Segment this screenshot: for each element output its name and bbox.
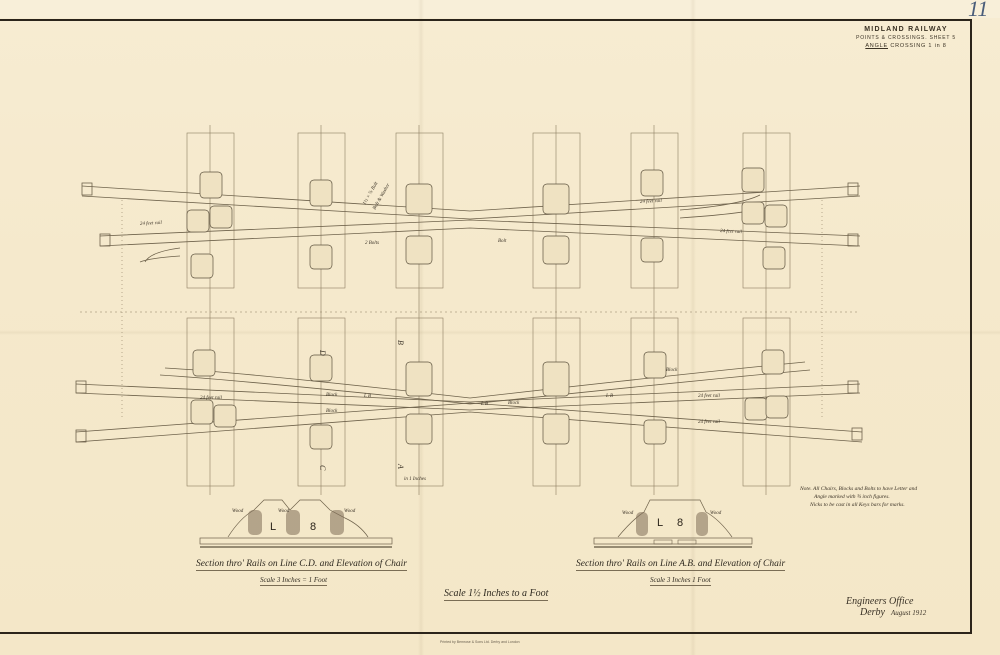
chair-letter: 8 bbox=[310, 521, 316, 533]
section-cd-caption: Section thro' Rails on Line C.D. and Ele… bbox=[196, 559, 407, 569]
block-label: Block bbox=[508, 401, 520, 406]
line-letter: D bbox=[318, 349, 327, 356]
rail-label: 24 feet rail bbox=[200, 396, 223, 401]
wood-label: Wood bbox=[344, 509, 356, 514]
plan-drawing: 24 feet rail 24 feet rail 24 feet rail 1… bbox=[0, 0, 1000, 655]
rail-label: 24 feet rail bbox=[698, 394, 721, 399]
section-cd-scale: Scale 3 Inches = 1 Foot bbox=[260, 576, 327, 584]
office-signature: Engineers Office DerbyAugust 1912 bbox=[846, 596, 926, 618]
drawing-sheet: 11 MIDLAND RAILWAY POINTS & CROSSINGS. S… bbox=[0, 0, 1000, 655]
section-ab-scale: Scale 3 Inches 1 Foot bbox=[650, 576, 711, 584]
rail-label: 24 feet rail bbox=[698, 420, 721, 425]
section-mark: L B bbox=[480, 402, 488, 407]
rail-label: 24 feet rail bbox=[640, 199, 663, 205]
line-letter: B bbox=[396, 340, 405, 345]
main-scale: Scale 1½ Inches to a Foot bbox=[444, 588, 548, 599]
wood-label: Wood bbox=[622, 511, 634, 516]
office-place: DerbyAugust 1912 bbox=[846, 607, 926, 618]
block-label: Block bbox=[326, 393, 338, 398]
section-ab-drawing: L 8 Wood Wood bbox=[594, 500, 752, 547]
note-line: Angle marked with ¾ inch figures. bbox=[800, 493, 970, 501]
dimension-note: in 1 Inches bbox=[404, 477, 426, 482]
bolt-annotation: 2 Bolts bbox=[365, 241, 379, 246]
line-letter: A bbox=[396, 463, 405, 469]
printer-imprint: Printed by Bemrose & Sons Ltd. Derby and… bbox=[440, 640, 520, 644]
chair-letter: 8 bbox=[677, 517, 683, 529]
office-date: August 1912 bbox=[885, 609, 926, 617]
office-name: Engineers Office bbox=[846, 596, 926, 607]
line-letter: C bbox=[318, 465, 327, 471]
chair-letter: L bbox=[657, 517, 663, 529]
note-line: Note. All Chairs, Blocks and Bolts to ha… bbox=[800, 485, 970, 493]
general-note: Note. All Chairs, Blocks and Bolts to ha… bbox=[800, 485, 970, 509]
section-ab-caption: Section thro' Rails on Line A.B. and Ele… bbox=[576, 559, 785, 569]
section-mark: L B bbox=[605, 394, 613, 399]
sleeper bbox=[631, 133, 678, 288]
wood-label: Wood bbox=[278, 509, 290, 514]
wood-label: Wood bbox=[232, 509, 244, 514]
wood-label: Wood bbox=[710, 511, 722, 516]
rail-label: 24 feet rail bbox=[720, 229, 743, 235]
note-line: Nicks to be cast in all Keys bars for ma… bbox=[800, 501, 970, 509]
block-label: Block bbox=[666, 368, 678, 373]
block-label: Block bbox=[326, 409, 338, 414]
bolt-annotation: Bolt bbox=[498, 239, 507, 244]
sleeper bbox=[298, 318, 345, 486]
section-mark: L B bbox=[363, 394, 371, 399]
section-cd-drawing: L 8 Wood Wood Wood bbox=[200, 500, 392, 547]
sleeper bbox=[533, 318, 580, 486]
chair-letter: L bbox=[270, 521, 276, 533]
rail-label: 24 feet rail bbox=[140, 221, 163, 227]
